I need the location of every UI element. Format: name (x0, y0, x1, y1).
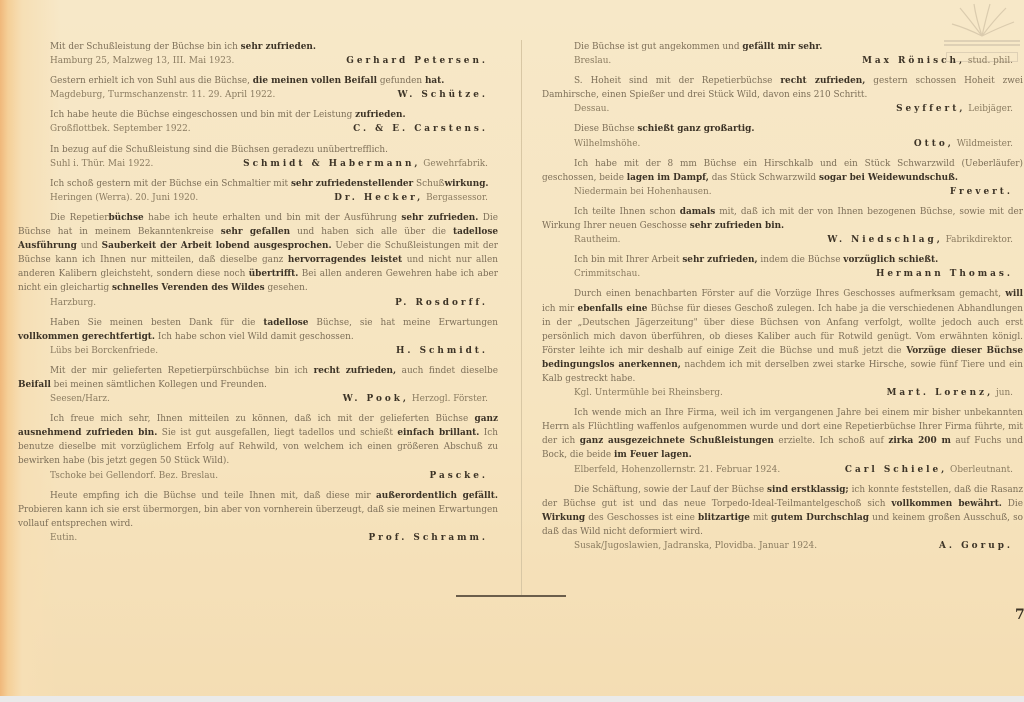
emphasis-text: vollkommen bewährt. (891, 499, 1002, 509)
body-text: Die Repetier (50, 213, 108, 223)
signatory: Pascke. (430, 469, 488, 483)
emphasis-text: tadellose (263, 318, 308, 328)
signatory: Seyffert, Leibjäger. (896, 102, 1013, 116)
testimonial-entry: Durch einen benachbarten Förster auf die… (542, 287, 1023, 400)
testimonial-text: Ich bin mit Ihrer Arbeit sehr zufrieden,… (542, 253, 1023, 267)
body-text: Ich schoß gestern mit der Büchse ein Sch… (50, 179, 291, 189)
testimonial-entry: Mit der mir gelieferten Repetierpürschbü… (18, 364, 498, 406)
emphasis-text: Beifall (18, 380, 51, 390)
testimonial-entry: Die Büchse ist gut angekommen und gefäll… (542, 40, 1023, 68)
place-date: Elberfeld, Hohenzollernstr. 21. Februar … (574, 463, 780, 477)
testimonial-text: Ich habe heute die Büchse eingeschossen … (18, 108, 498, 122)
testimonial-text: Ich freue mich sehr, Ihnen mitteilen zu … (18, 412, 498, 468)
testimonial-entry: Ich habe mit der 8 mm Büchse ein Hirschk… (542, 157, 1023, 199)
testimonial-entry: Ich teilte Ihnen schon damals mit, daß i… (542, 205, 1023, 247)
testimonial-text: Die Büchse ist gut angekommen und gefäll… (542, 40, 1023, 54)
emphasis-text: sehr zufrieden. (241, 42, 316, 52)
place-date: Seesen/Harz. (50, 392, 110, 406)
signatory: Dr. Hecker, Bergassessor. (334, 191, 488, 205)
signature-line: Crimmitschau.Hermann Thomas. (542, 267, 1023, 281)
signatory: Gerhard Petersen. (346, 54, 488, 68)
signatory-name: Max Rönisch, (862, 56, 965, 66)
place-date: Breslau. (574, 54, 611, 68)
testimonial-text: In bezug auf die Schußleistung sind die … (18, 143, 498, 157)
testimonial-text: S. Hoheit sind mit der Repetierbüchse re… (542, 74, 1023, 102)
signature-line: Suhl i. Thür. Mai 1922.Schmidt & Haberma… (18, 157, 498, 171)
signature-line: Elberfeld, Hohenzollernstr. 21. Februar … (542, 463, 1023, 477)
signature-line: Harzburg.P. Rosdorff. (18, 296, 498, 310)
signatory-name: Otto, (914, 139, 954, 149)
signatory: Prof. Schramm. (368, 531, 488, 545)
page-number: 7 (1015, 607, 1024, 623)
emphasis-text: sehr zufrieden. (401, 213, 478, 223)
body-text: Mit der mir gelieferten Repetierpürschbü… (50, 366, 314, 376)
signature-line: Breslau.Max Rönisch, stud. phil. (542, 54, 1023, 68)
signatory-name: W. Schütze. (398, 90, 488, 100)
signatory-title: Leibjäger. (965, 104, 1013, 114)
signatory-name: Pascke. (430, 471, 488, 481)
place-date: Tschoke bei Gellendorf. Bez. Breslau. (50, 469, 218, 483)
emphasis-text: einfach brillant. (397, 428, 479, 438)
place-date: Kgl. Untermühle bei Rheinsberg. (574, 386, 723, 400)
body-text: bei meinen sämtlichen Kollegen und Freun… (51, 380, 267, 390)
signatory: A. Gorup. (939, 539, 1013, 553)
testimonial-entry: Heute empfing ich die Büchse und teile I… (18, 489, 498, 545)
testimonial-entry: Mit der Schußleistung der Büchse bin ich… (18, 40, 498, 68)
emphasis-text: Sauberkeit der Arbeit lobend ausgesproch… (102, 241, 332, 251)
body-text: habe ich heute erhalten und bin mit der … (144, 213, 402, 223)
emphasis-text: schießt ganz großartig. (637, 124, 754, 134)
testimonial-entry: Gestern erhielt ich von Suhl aus die Büc… (18, 74, 498, 102)
emphasis-text: vorzüglich schießt. (843, 255, 938, 265)
testimonial-entry: Die Schäftung, sowie der Lauf der Büchse… (542, 483, 1023, 553)
place-date: Niedermain bei Hohenhausen. (574, 185, 712, 199)
body-text: Die Schäftung, sowie der Lauf der Büchse (574, 485, 767, 495)
signatory-name: Mart. Lorenz, (887, 388, 994, 398)
emphasis-text: sogar bei Weidewundschuß. (819, 173, 958, 183)
body-text: Ich bin mit Ihrer Arbeit (574, 255, 682, 265)
testimonial-entry: Ich wende mich an Ihre Firma, weil ich i… (542, 406, 1023, 476)
right-column-testimonials: Die Büchse ist gut angekommen und gefäll… (542, 40, 1023, 559)
signatory-title: Gewehrfabrik. (420, 159, 488, 169)
signatory-name: W. Niedschlag, (827, 235, 942, 245)
place-date: Suhl i. Thür. Mai 1922. (50, 157, 153, 171)
signatory-name: Schmidt & Habermann, (243, 159, 420, 169)
body-text: Diese Büchse (574, 124, 637, 134)
signatory-name: P. Rosdorff. (395, 298, 488, 308)
emphasis-text: hat. (425, 76, 444, 86)
body-text: Die Büchse ist gut angekommen und (574, 42, 742, 52)
signature-line: Niedermain bei Hohenhausen.Frevert. (542, 185, 1023, 199)
signatory-name: Frevert. (950, 187, 1013, 197)
body-text: S. Hoheit sind mit der Repetierbüchse (574, 76, 780, 86)
signatory-name: Dr. Hecker, (334, 193, 423, 203)
body-text: indem die Büchse (758, 255, 844, 265)
place-date: Crimmitschau. (574, 267, 640, 281)
signatory-name: A. Gorup. (939, 541, 1013, 551)
signatory-name: H. Schmidt. (396, 346, 488, 356)
signatory-title: Bergassessor. (423, 193, 488, 203)
testimonial-text: Ich schoß gestern mit der Büchse ein Sch… (18, 177, 498, 191)
body-text: Mit der Schußleistung der Büchse bin ich (50, 42, 241, 52)
testimonial-entry: Ich freue mich sehr, Ihnen mitteilen zu … (18, 412, 498, 482)
emphasis-text: sehr zufriedenstellender (291, 179, 413, 189)
emphasis-text: sehr zufrieden bin. (690, 221, 784, 231)
signatory: C. & E. Carstens. (353, 122, 488, 136)
emphasis-text: zufrieden. (355, 110, 405, 120)
emphasis-text: übertrifft. (249, 269, 299, 279)
signatory-title: stud. phil. (965, 56, 1013, 66)
emphasis-text: blitzartige (698, 513, 750, 523)
place-date: Lübs bei Borckenfriede. (50, 344, 158, 358)
signatory-name: Prof. Schramm. (368, 533, 488, 543)
place-date: Susak/Jugoslawien, Jadranska, Plovidba. … (574, 539, 817, 553)
signatory-title: Wildmeister. (954, 139, 1013, 149)
emphasis-text: ebenfalls eine (578, 304, 648, 314)
body-text: Sie ist gut ausgefallen, liegt tadellos … (157, 428, 397, 438)
testimonial-text: Ich teilte Ihnen schon damals mit, daß i… (542, 205, 1023, 233)
end-rule (456, 595, 566, 597)
emphasis-text: büchse (108, 213, 143, 223)
emphasis-text: sehr gefallen (221, 227, 290, 237)
testimonial-text: Heute empfing ich die Büchse und teile I… (18, 489, 498, 531)
signatory: Otto, Wildmeister. (914, 137, 1013, 151)
testimonial-entry: Ich bin mit Ihrer Arbeit sehr zufrieden,… (542, 253, 1023, 281)
signature-line: Kgl. Untermühle bei Rheinsberg.Mart. Lor… (542, 386, 1023, 400)
testimonial-entry: In bezug auf die Schußleistung sind die … (18, 143, 498, 171)
left-column-testimonials: Mit der Schußleistung der Büchse bin ich… (18, 40, 498, 551)
emphasis-text: will (1005, 289, 1023, 299)
signatory-name: W. Pook, (343, 394, 409, 404)
body-text: des Geschosses ist eine (585, 513, 698, 523)
emphasis-text: zirka 200 m (888, 436, 951, 446)
body-text: Ich teilte Ihnen schon (574, 207, 680, 217)
place-date: Eutin. (50, 531, 77, 545)
body-text: und haben sich alle über die (290, 227, 453, 237)
testimonial-entry: Haben Sie meinen besten Dank für die tad… (18, 316, 498, 358)
body-text: Probieren kann ich sie erst übermorgen, … (18, 505, 498, 529)
body-text: gesehen. (265, 283, 308, 293)
testimonial-entry: S. Hoheit sind mit der Repetierbüchse re… (542, 74, 1023, 116)
signature-line: Großflottbek. September 1922.C. & E. Car… (18, 122, 498, 136)
body-text: gefunden (377, 76, 425, 86)
testimonial-text: Mit der mir gelieferten Repetierpürschbü… (18, 364, 498, 392)
signature-line: Magdeburg, Turmschanzenstr. 11. 29. Apri… (18, 88, 498, 102)
body-text: Ich habe heute die Büchse eingeschossen … (50, 110, 355, 120)
scan-bottom-edge (0, 696, 1024, 702)
signatory: H. Schmidt. (396, 344, 488, 358)
signature-line: Wilhelmshöhe.Otto, Wildmeister. (542, 137, 1023, 151)
emphasis-text: hervorragendes leistet (288, 255, 402, 265)
emphasis-text: sind erstklassig; (767, 485, 849, 495)
body-text: Haben Sie meinen besten Dank für die (50, 318, 263, 328)
emphasis-text: sehr zufrieden, (682, 255, 757, 265)
emphasis-text: schnelles Verenden des Wildes (112, 283, 265, 293)
signatory: Frevert. (950, 185, 1013, 199)
signatory-name: Seyffert, (896, 104, 965, 114)
signature-line: Lübs bei Borckenfriede.H. Schmidt. (18, 344, 498, 358)
emphasis-text: damals (680, 207, 715, 217)
signature-line: Seesen/Harz.W. Pook, Herzogl. Förster. (18, 392, 498, 406)
body-text: erzielte. Ich schoß auf (774, 436, 888, 446)
testimonial-entry: Diese Büchse schießt ganz großartig.Wilh… (542, 122, 1023, 150)
signature-line: Rautheim.W. Niedschlag, Fabrikdirektor. (542, 233, 1023, 247)
testimonial-entry: Ich habe heute die Büchse eingeschossen … (18, 108, 498, 136)
emphasis-text: recht zufrieden, (780, 76, 865, 86)
signatory: Mart. Lorenz, jun. (887, 386, 1013, 400)
emphasis-text: wirkung. (444, 179, 488, 189)
body-text: Heute empfing ich die Büchse und teile I… (50, 491, 376, 501)
testimonial-text: Die Schäftung, sowie der Lauf der Büchse… (542, 483, 1023, 539)
body-text: Durch einen benachbarten Förster auf die… (574, 289, 1005, 299)
signature-line: Dessau.Seyffert, Leibjäger. (542, 102, 1023, 116)
signatory-name: C. & E. Carstens. (353, 124, 488, 134)
body-text: ich mir (542, 304, 578, 314)
signatory-name: Hermann Thomas. (876, 269, 1013, 279)
body-text: Schuß (413, 179, 444, 189)
signatory: W. Pook, Herzogl. Förster. (343, 392, 488, 406)
signatory-name: Gerhard Petersen. (346, 56, 488, 66)
place-date: Wilhelmshöhe. (574, 137, 640, 151)
signatory: Carl Schiele, Oberleutnant. (845, 463, 1013, 477)
signatory: P. Rosdorff. (395, 296, 488, 310)
body-text: Büchse, sie hat meine Erwartungen (308, 318, 498, 328)
emphasis-text: lagen im Dampf, (627, 173, 709, 183)
place-date: Magdeburg, Turmschanzenstr. 11. 29. Apri… (50, 88, 275, 102)
signatory: Schmidt & Habermann, Gewehrfabrik. (243, 157, 488, 171)
body-text: Ich freue mich sehr, Ihnen mitteilen zu … (50, 414, 475, 424)
emphasis-text: im Feuer lagen. (614, 450, 692, 460)
testimonial-text: Haben Sie meinen besten Dank für die tad… (18, 316, 498, 344)
place-date: Dessau. (574, 102, 609, 116)
body-text: auch findet dieselbe (396, 366, 498, 376)
body-text: In bezug auf die Schußleistung sind die … (50, 145, 388, 155)
testimonial-text: Durch einen benachbarten Förster auf die… (542, 287, 1023, 386)
body-text: Die (1002, 499, 1023, 509)
signature-line: Heringen (Werra). 20. Juni 1920.Dr. Heck… (18, 191, 498, 205)
signatory: Hermann Thomas. (876, 267, 1013, 281)
signatory: W. Niedschlag, Fabrikdirektor. (827, 233, 1013, 247)
signature-line: Susak/Jugoslawien, Jadranska, Plovidba. … (542, 539, 1023, 553)
place-date: Heringen (Werra). 20. Juni 1920. (50, 191, 198, 205)
signatory: Max Rönisch, stud. phil. (862, 54, 1013, 68)
scanned-document-page: Mit der Schußleistung der Büchse bin ich… (0, 0, 1024, 702)
signatory-title: jun. (993, 388, 1013, 398)
signatory-title: Fabrikdirektor. (943, 235, 1013, 245)
testimonial-entry: Ich schoß gestern mit der Büchse ein Sch… (18, 177, 498, 205)
signatory-title: Oberleutnant. (947, 465, 1013, 475)
body-text: das Stück Schwarzwild (709, 173, 819, 183)
signature-line: Eutin.Prof. Schramm. (18, 531, 498, 545)
place-date: Hamburg 25, Malzweg 13, III. Mai 1923. (50, 54, 234, 68)
signatory: W. Schütze. (398, 88, 488, 102)
signature-line: Hamburg 25, Malzweg 13, III. Mai 1923.Ge… (18, 54, 498, 68)
emphasis-text: vollkommen gerechtfertigt. (18, 332, 155, 342)
testimonial-text: Ich wende mich an Ihre Firma, weil ich i… (542, 406, 1023, 462)
signatory-title: Herzogl. Förster. (409, 394, 488, 404)
testimonial-text: Mit der Schußleistung der Büchse bin ich… (18, 40, 498, 54)
place-date: Rautheim. (574, 233, 621, 247)
testimonial-entry: Die Repetierbüchse habe ich heute erhalt… (18, 211, 498, 310)
emphasis-text: außerordentlich gefällt. (376, 491, 498, 501)
body-text: Ich habe schon viel Wild damit geschosse… (155, 332, 354, 342)
body-text: Gestern erhielt ich von Suhl aus die Büc… (50, 76, 253, 86)
emphasis-text: die meinen vollen Beifall (253, 76, 377, 86)
body-text: mit (750, 513, 771, 523)
place-date: Harzburg. (50, 296, 96, 310)
testimonial-text: Diese Büchse schießt ganz großartig. (542, 122, 1023, 136)
emphasis-text: Wirkung (542, 513, 585, 523)
place-date: Großflottbek. September 1922. (50, 122, 191, 136)
emphasis-text: recht zufrieden, (314, 366, 397, 376)
signature-line: Tschoke bei Gellendorf. Bez. Breslau.Pas… (18, 469, 498, 483)
emphasis-text: gefällt mir sehr. (742, 42, 822, 52)
testimonial-text: Gestern erhielt ich von Suhl aus die Büc… (18, 74, 498, 88)
emphasis-text: ganz ausgezeichnete Schußleistungen (580, 436, 774, 446)
column-divider (521, 40, 522, 595)
body-text: und (77, 241, 102, 251)
emphasis-text: gutem Durchschlag (771, 513, 869, 523)
testimonial-text: Die Repetierbüchse habe ich heute erhalt… (18, 211, 498, 296)
testimonial-text: Ich habe mit der 8 mm Büchse ein Hirschk… (542, 157, 1023, 185)
signatory-name: Carl Schiele, (845, 465, 947, 475)
